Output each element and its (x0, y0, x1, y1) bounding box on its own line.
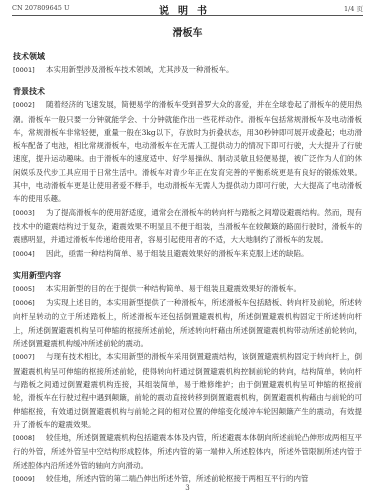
paragraph-text: 随着经济的飞速发展，简便易学的滑板车受到普罗大众的喜爱，并在全球卷起了滑板车的使… (13, 100, 362, 203)
paragraph-number: [0003] (13, 207, 46, 220)
section-heading: 实用新型内容 (13, 270, 362, 282)
page-header: CN 207809645 U 说明书 1/4 页 (12, 3, 363, 16)
paragraph-text: 本实用新型的目的在于提供一种结构简单、易于组装且避震效果好的滑板车。 (46, 284, 301, 293)
paragraph: [0007]与现有技术相比，本实用新型的滑板车采用倒置避震结构，该倒置避震机构固… (13, 350, 362, 431)
paragraph-number: [0006] (13, 297, 46, 310)
document-title: 滑板车 (0, 24, 375, 39)
paragraph: [0003]为了提高滑板车的使用舒适度，通常会在滑板车的转向杆与踏板之间增设避震… (13, 206, 362, 247)
paragraph-text: 本实用新型涉及滑板车技术领域，尤其涉及一种滑板车。 (46, 65, 234, 74)
paragraph-text: 与现有技术相比，本实用新型的滑板车采用倒置避震结构，该倒置避震机构固定于转向杆上… (13, 352, 362, 428)
paragraph-number: [0005] (13, 283, 46, 296)
paragraph-text: 为实现上述目的，本实用新型提供了一种滑板车，所述滑板车包括踏板、转向杆及前轮，所… (13, 298, 362, 348)
paragraph-number: [0007] (13, 351, 46, 364)
paragraph-number: [0001] (13, 64, 46, 77)
paragraph-text: 较佳地，所述倒置避震机构包括避震本体及内管，所述避震本体朝向所述前轮凸伸形成两相… (13, 433, 362, 470)
section-utility-model-content: 实用新型内容 [0005]本实用新型的目的在于提供一种结构简单、易于组装且避震效… (13, 270, 362, 486)
document-type: 说明书 (12, 2, 363, 17)
paragraph: [0004]因此，亟需一种结构简单、易于组装且避震效果好的滑板车来克服上述的缺陷… (13, 247, 362, 261)
paragraph: [0005]本实用新型的目的在于提供一种结构简单、易于组装且避震效果好的滑板车。 (13, 282, 362, 296)
page-number: 3 (0, 484, 375, 492)
paragraph: [0002]随着经济的飞速发展，简便易学的滑板车受到普罗大众的喜爱，并在全球卷起… (13, 98, 362, 205)
paragraph-text: 因此，亟需一种结构简单、易于组装且避震效果好的滑板车来克服上述的缺陷。 (46, 249, 309, 258)
paragraph-text: 较佳地，所述内管的第二端凸伸出所述外管，所述前轮枢接于两相互平行的内管 (46, 474, 309, 483)
document-body: 技术领域 [0001]本实用新型涉及滑板车技术领域，尤其涉及一种滑板车。 背景技… (13, 51, 362, 486)
paragraph: [0008]较佳地，所述倒置避震机构包括避震本体及内管，所述避震本体朝向所述前轮… (13, 431, 362, 472)
section-background: 背景技术 [0002]随着经济的飞速发展，简便易学的滑板车受到普罗大众的喜爱，并… (13, 86, 362, 261)
paragraph: [0001]本实用新型涉及滑板车技术领域，尤其涉及一种滑板车。 (13, 63, 362, 77)
paragraph-number: [0002] (13, 99, 46, 112)
section-heading: 背景技术 (13, 86, 362, 98)
section-heading: 技术领域 (13, 51, 362, 63)
paragraph-number: [0008] (13, 432, 46, 445)
paragraph-text: 为了提高滑板车的使用舒适度，通常会在滑板车的转向杆与踏板之间增设避震结构。然而，… (13, 208, 362, 245)
patent-page: CN 207809645 U 说明书 1/4 页 滑板车 技术领域 [0001]… (0, 0, 375, 500)
section-technical-field: 技术领域 [0001]本实用新型涉及滑板车技术领域，尤其涉及一种滑板车。 (13, 51, 362, 77)
paragraph: [0006]为实现上述目的，本实用新型提供了一种滑板车，所述滑板车包括踏板、转向… (13, 296, 362, 350)
page-indicator: 1/4 页 (344, 4, 363, 13)
paragraph-number: [0004] (13, 248, 46, 261)
